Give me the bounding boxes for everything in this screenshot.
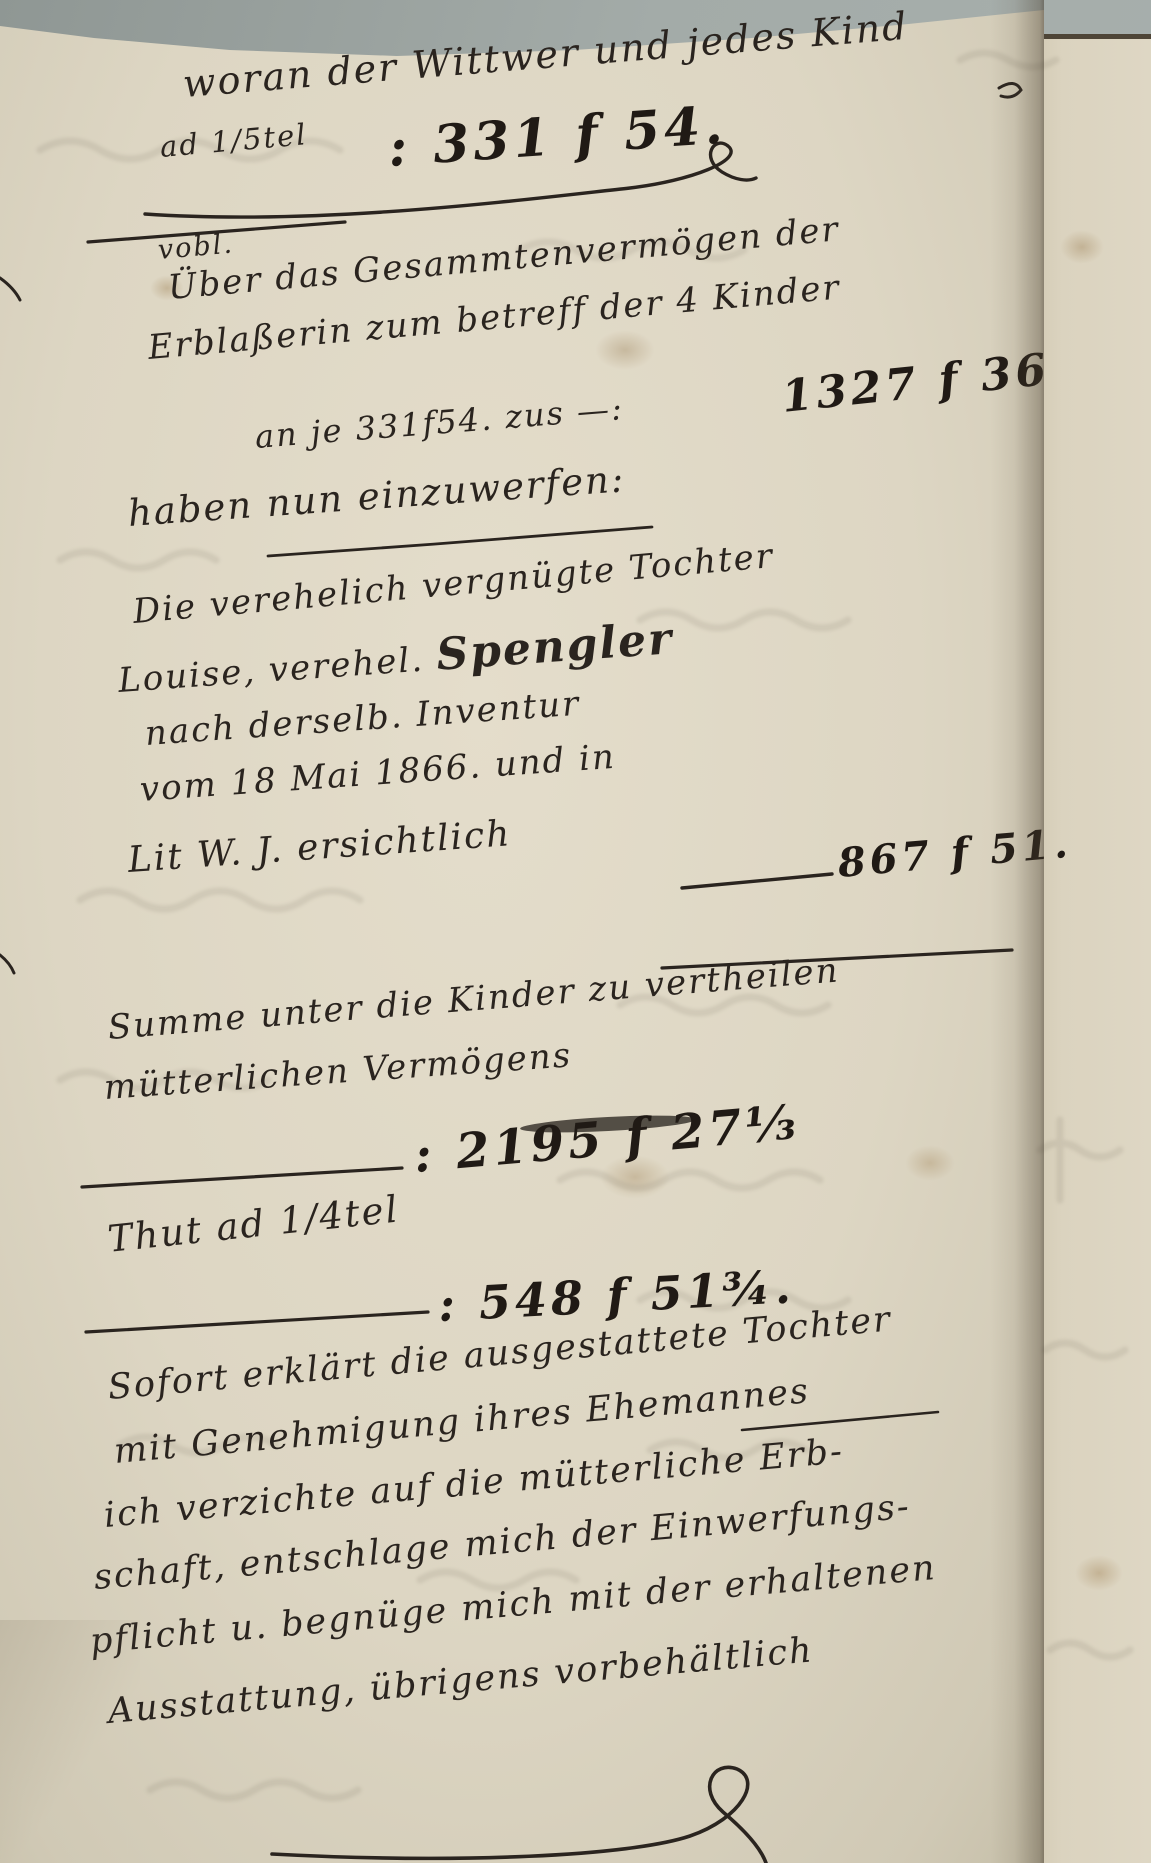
- scanned-manuscript-page: woran der Wittwer und jedes Kind ad 1/5t…: [0, 0, 1151, 1863]
- page-gutter-shadow: [990, 0, 1044, 1863]
- note-vobl: vobl.: [157, 228, 235, 266]
- margin-mark: [0, 278, 20, 300]
- bottom-paraph: [272, 1767, 766, 1863]
- tochter-underline: [742, 1412, 938, 1430]
- leader-dash: [682, 874, 832, 888]
- corner-crease: [0, 1620, 140, 1863]
- quarter-leader-line: [86, 1312, 428, 1332]
- margin-mark: [0, 955, 14, 973]
- sum-leader-line: [82, 1168, 402, 1187]
